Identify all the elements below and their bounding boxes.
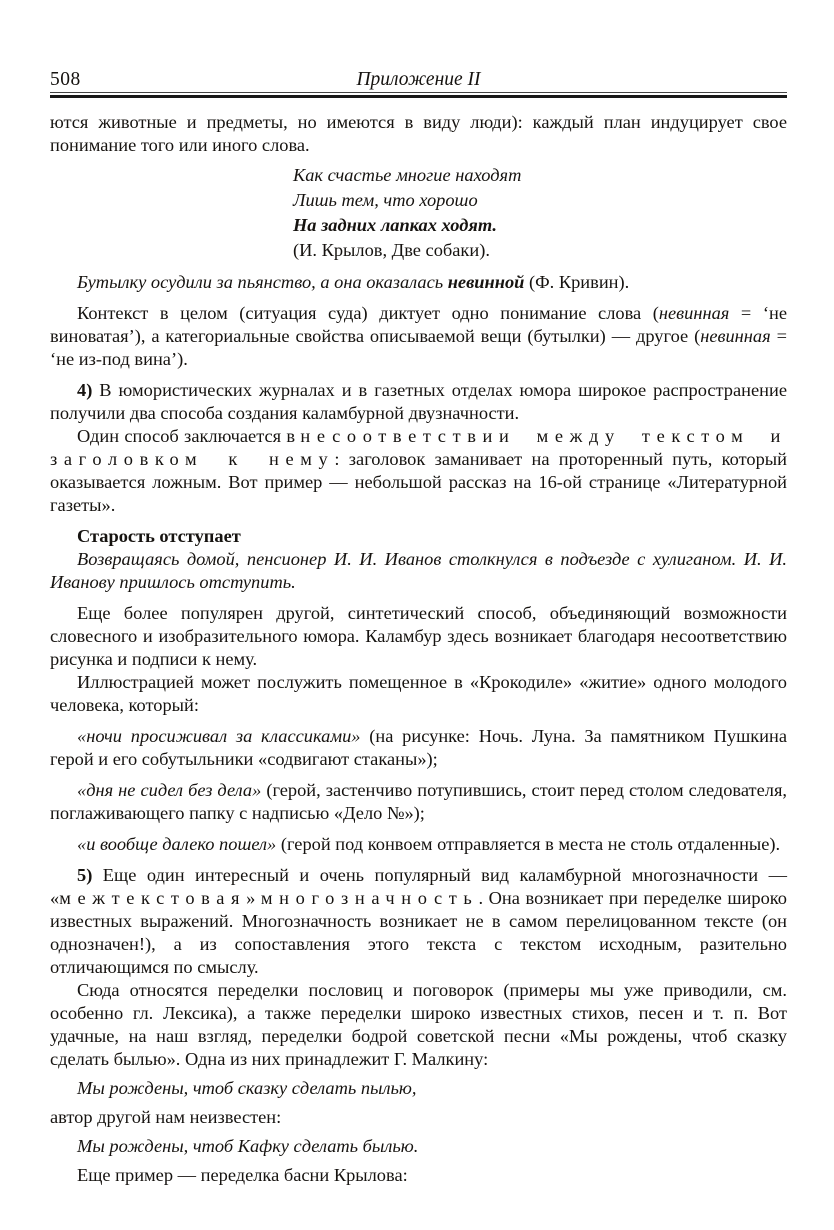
paragraph-remakes: Сюда относятся переделки пословиц и пого… [50,979,787,1071]
item-4-number: 4) [77,380,92,400]
item-5-spaced-2: многозначность [261,888,479,908]
page-content: 508 Приложение II ются животные и предме… [50,64,787,1187]
context-italic-2: невинная [700,326,770,346]
paragraph-illustration: Иллюстрацией может послужить помещенное … [50,671,787,717]
running-title: Приложение II [50,69,787,91]
paragraph-item-4: 4) В юмористических журналах и в газетны… [50,379,787,425]
item-5-number: 5) [77,865,92,885]
verse-line-bold: На задних лапках ходят. [293,213,787,238]
paragraph-intro: ются животные и предметы, но имеются в в… [50,111,787,157]
paragraph-author: автор другой нам неизвестен: [50,1106,787,1129]
paragraph-more-example: Еще пример — переделка басни Крылова: [50,1164,787,1187]
text-block: ются животные и предметы, но имеются в в… [50,111,787,1187]
example-days: «дня не сидел без дела» (герой, застенчи… [50,779,787,825]
example-bottle-italic: Бутылку осудили за пьянство, а она оказа… [77,272,448,292]
verse-line: Как счастье многие находят [293,163,787,188]
header-rule-thick [50,95,787,98]
context-italic-1: невинная [659,303,729,323]
example-went: «и вообще далеко пошел» (герой под конво… [50,833,787,856]
story-text: Возвращаясь домой, пенсионер И. И. Ивано… [50,548,787,594]
verse-attribution: (И. Крылов, Две собаки). [293,238,787,263]
example-bottle: Бутылку осудили за пьянство, а она оказа… [50,271,787,294]
quote-line-2: Мы рождены, чтоб Кафку сделать былью. [50,1135,787,1158]
item-4-text: В юмористических журналах и в газетных о… [50,380,787,423]
paragraph-item-5: 5) Еще один интересный и очень популярны… [50,864,787,979]
verse-block: Как счастье многие находят Лишь тем, что… [293,163,787,263]
example-bottle-roman: (Ф. Кривин). [524,272,629,292]
running-head: 508 Приложение II [50,64,787,92]
book-page: 508 Приложение II ются животные и предме… [0,0,834,1230]
item-5-spaced-1: межтекстовая [59,888,246,908]
quote-line-1: Мы рождены, чтоб сказку сделать пылью, [50,1077,787,1100]
header-rule-thin [50,92,787,93]
item-5-roman-2: » [246,888,261,908]
example-went-italic: «и вообще далеко пошел» [77,834,276,854]
verse-line: Лишь тем, что хорошо [293,188,787,213]
example-went-roman: (герой под конвоем отправляется в места … [276,834,780,854]
story-heading: Старость отступает [50,525,787,548]
paragraph-context: Контекст в целом (ситуация суда) диктует… [50,302,787,371]
example-bottle-bold: невинной [448,272,525,292]
method-1-roman-1: Один способ заключается в [77,426,300,446]
paragraph-method-1: Один способ заключается в несоответствии… [50,425,787,517]
paragraph-method-2: Еще более популярен другой, синтетически… [50,602,787,671]
example-nights-italic: «ночи просиживал за классиками» [77,726,360,746]
example-days-italic: «дня не сидел без дела» [77,780,261,800]
context-roman-1: Контекст в целом (ситуация суда) диктует… [77,303,659,323]
example-nights: «ночи просиживал за классиками» (на рису… [50,725,787,771]
